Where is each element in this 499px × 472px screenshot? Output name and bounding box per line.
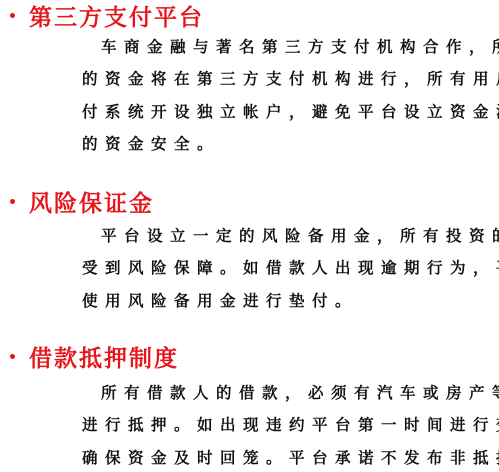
section-paragraph: 所有借款人的借款，必须有汽车或房产等有价值实物 进行抵押。如出现违约平台第一时间… [82, 377, 492, 472]
section-heading: 借款抵押制度 [10, 341, 179, 371]
section-title: 第三方支付平台 [29, 0, 204, 32]
section-title: 借款抵押制度 [29, 340, 179, 373]
paragraph-line: 受到风险保障。如借款人出现逾期行为，平台第一时间 [82, 252, 492, 284]
paragraph-line: 平台设立一定的风险备用金，所有投资的投资行为皆 [82, 220, 492, 252]
paragraph-line: 的资金安全。 [82, 128, 492, 160]
paragraph-line: 确保资金及时回笼。平台承诺不发布非抵押标的。 [82, 442, 492, 472]
paragraph-line: 的资金将在第三方支付机构进行，所有用户在第三方支 [82, 63, 492, 95]
section-title: 风险保证金 [29, 185, 154, 218]
paragraph-line: 车商金融与著名第三方支付机构合作，所有平台用户 [82, 31, 492, 63]
paragraph-line: 所有借款人的借款，必须有汽车或房产等有价值实物 [82, 377, 492, 409]
paragraph-line: 进行抵押。如出现违约平台第一时间进行变卖处理，以 [82, 409, 492, 441]
bullet-dot-icon [10, 199, 15, 204]
section-heading: 风险保证金 [10, 186, 154, 216]
section-paragraph: 平台设立一定的风险备用金，所有投资的投资行为皆 受到风险保障。如借款人出现逾期行… [82, 220, 492, 317]
bullet-dot-icon [10, 354, 15, 359]
paragraph-line: 付系统开设独立帐户，避免平台设立资金池，保障用户 [82, 96, 492, 128]
paragraph-line: 使用风险备用金进行垫付。 [82, 285, 492, 317]
bullet-dot-icon [10, 13, 15, 18]
section-heading: 第三方支付平台 [10, 0, 204, 30]
section-paragraph: 车商金融与著名第三方支付机构合作，所有平台用户 的资金将在第三方支付机构进行，所… [82, 31, 492, 160]
